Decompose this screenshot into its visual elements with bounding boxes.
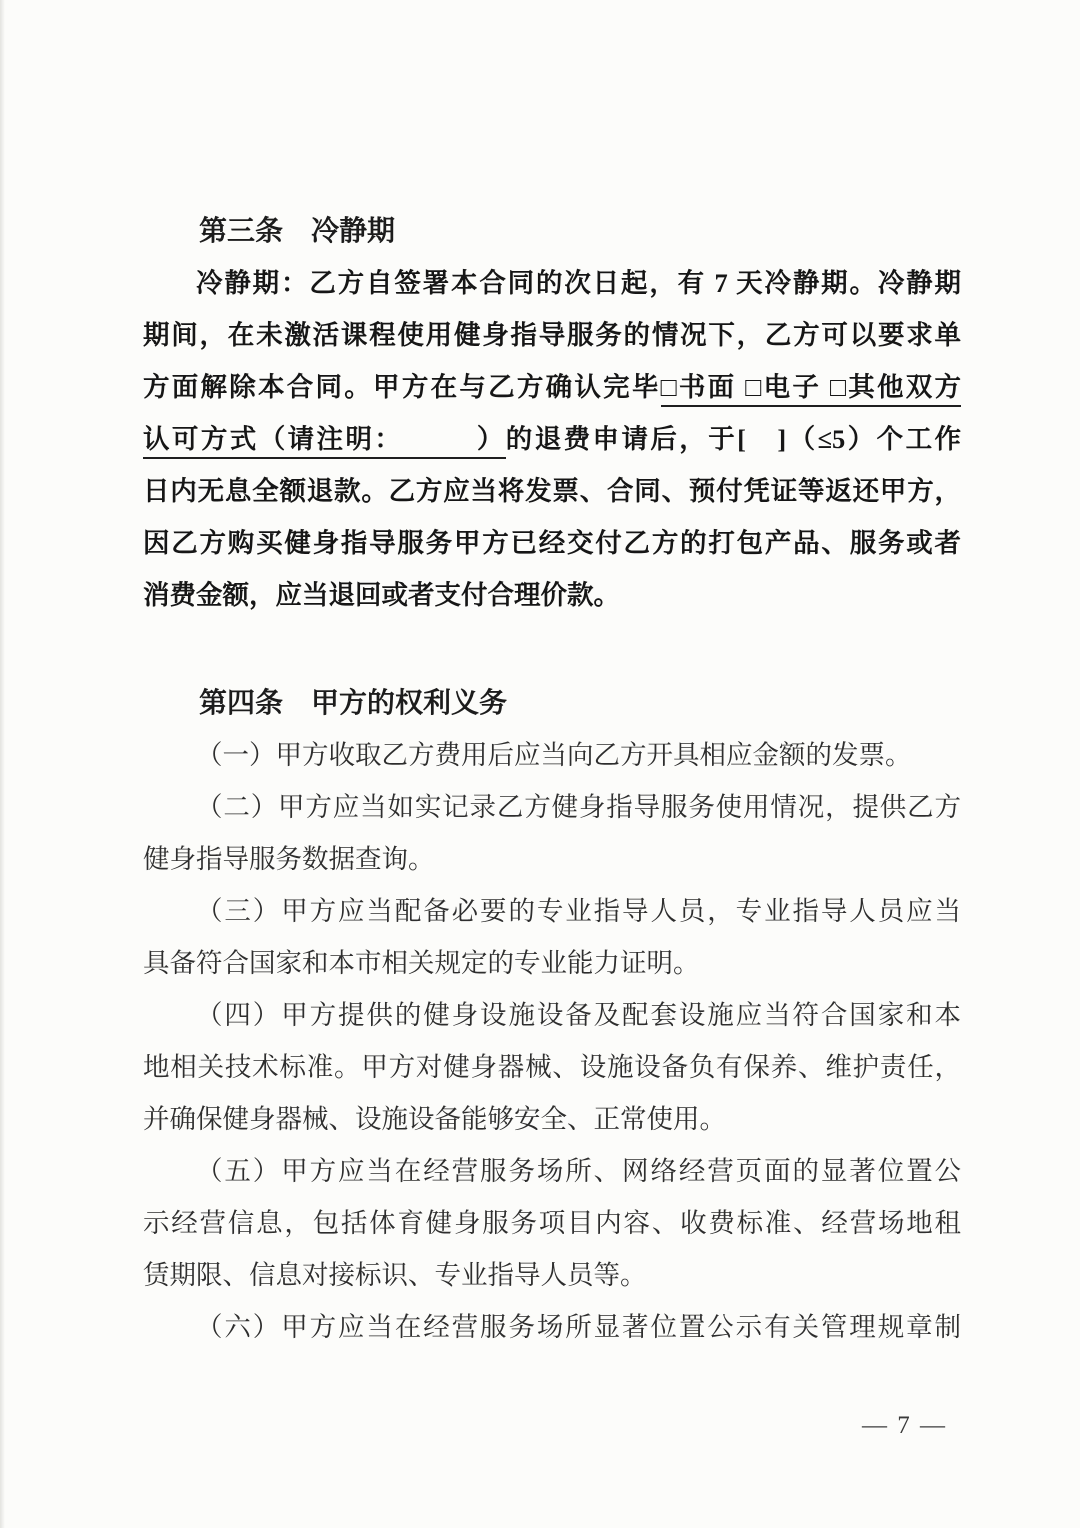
note-method-underlined: 认可方式（请注明： ） (143, 424, 506, 459)
text-line: （一）甲方收取乙方费用后应当向乙方开具相应金额的发票。 (143, 729, 961, 781)
text-line: 期间，在未激活课程使用健身指导服务的情况下，乙方可以要求单 (143, 309, 961, 361)
text-line: 赁期限、信息对接标识、专业指导人员等。 (143, 1249, 961, 1301)
text-line: 冷静期：乙方自签署本合同的次日起，有 7 天冷静期。冷静期 (143, 257, 961, 309)
text-line: （六）甲方应当在经营服务场所显著位置公示有关管理规章制 (143, 1301, 961, 1353)
text-line: 示经营信息，包括体育健身服务项目内容、收费标准、经营场地租 (143, 1197, 961, 1249)
document-page: 第三条 冷静期 冷静期：乙方自签署本合同的次日起，有 7 天冷静期。冷静期 期间… (0, 0, 1080, 1528)
text-line: 消费金额，应当退回或者支付合理价款。 (143, 569, 961, 621)
line-text: 方面解除本合同。甲方在与乙方确认完毕 (143, 372, 661, 402)
text-line: 地相关技术标准。甲方对健身器械、设施设备负有保养、维护责任， (143, 1041, 961, 1093)
text-line: （四）甲方提供的健身设施设备及配套设施应当符合国家和本 (143, 989, 961, 1041)
scan-edge-artifact (0, 0, 5, 1528)
article-4-heading: 第四条 甲方的权利义务 (143, 677, 961, 729)
text-line: 健身指导服务数据查询。 (143, 833, 961, 885)
text-line: 认可方式（请注明： ）的退费申请后，于[ ]（≤5）个工作 (143, 413, 961, 465)
text-line: （五）甲方应当在经营服务场所、网络经营页面的显著位置公 (143, 1145, 961, 1197)
text-line: （二）甲方应当如实记录乙方健身指导服务使用情况，提供乙方 (143, 781, 961, 833)
text-line: 方面解除本合同。甲方在与乙方确认完毕□书面 □电子 □其他双方 (143, 361, 961, 413)
confirmation-options-underlined: □书面 □电子 □其他双方 (661, 372, 961, 407)
contract-page-content: 第三条 冷静期 冷静期：乙方自签署本合同的次日起，有 7 天冷静期。冷静期 期间… (143, 205, 961, 1353)
article-3-heading: 第三条 冷静期 (143, 205, 961, 257)
line-text: 的退费申请后，于[ ]（≤5）个工作 (506, 424, 961, 454)
text-line: 具备符合国家和本市相关规定的专业能力证明。 (143, 937, 961, 989)
text-line: （三）甲方应当配备必要的专业指导人员，专业指导人员应当 (143, 885, 961, 937)
text-line: 并确保健身器械、设施设备能够安全、正常使用。 (143, 1093, 961, 1145)
text-line: 因乙方购买健身指导服务甲方已经交付乙方的打包产品、服务或者 (143, 517, 961, 569)
page-number: — 7 — (862, 1408, 947, 1444)
text-line: 日内无息全额退款。乙方应当将发票、合同、预付凭证等返还甲方， (143, 465, 961, 517)
